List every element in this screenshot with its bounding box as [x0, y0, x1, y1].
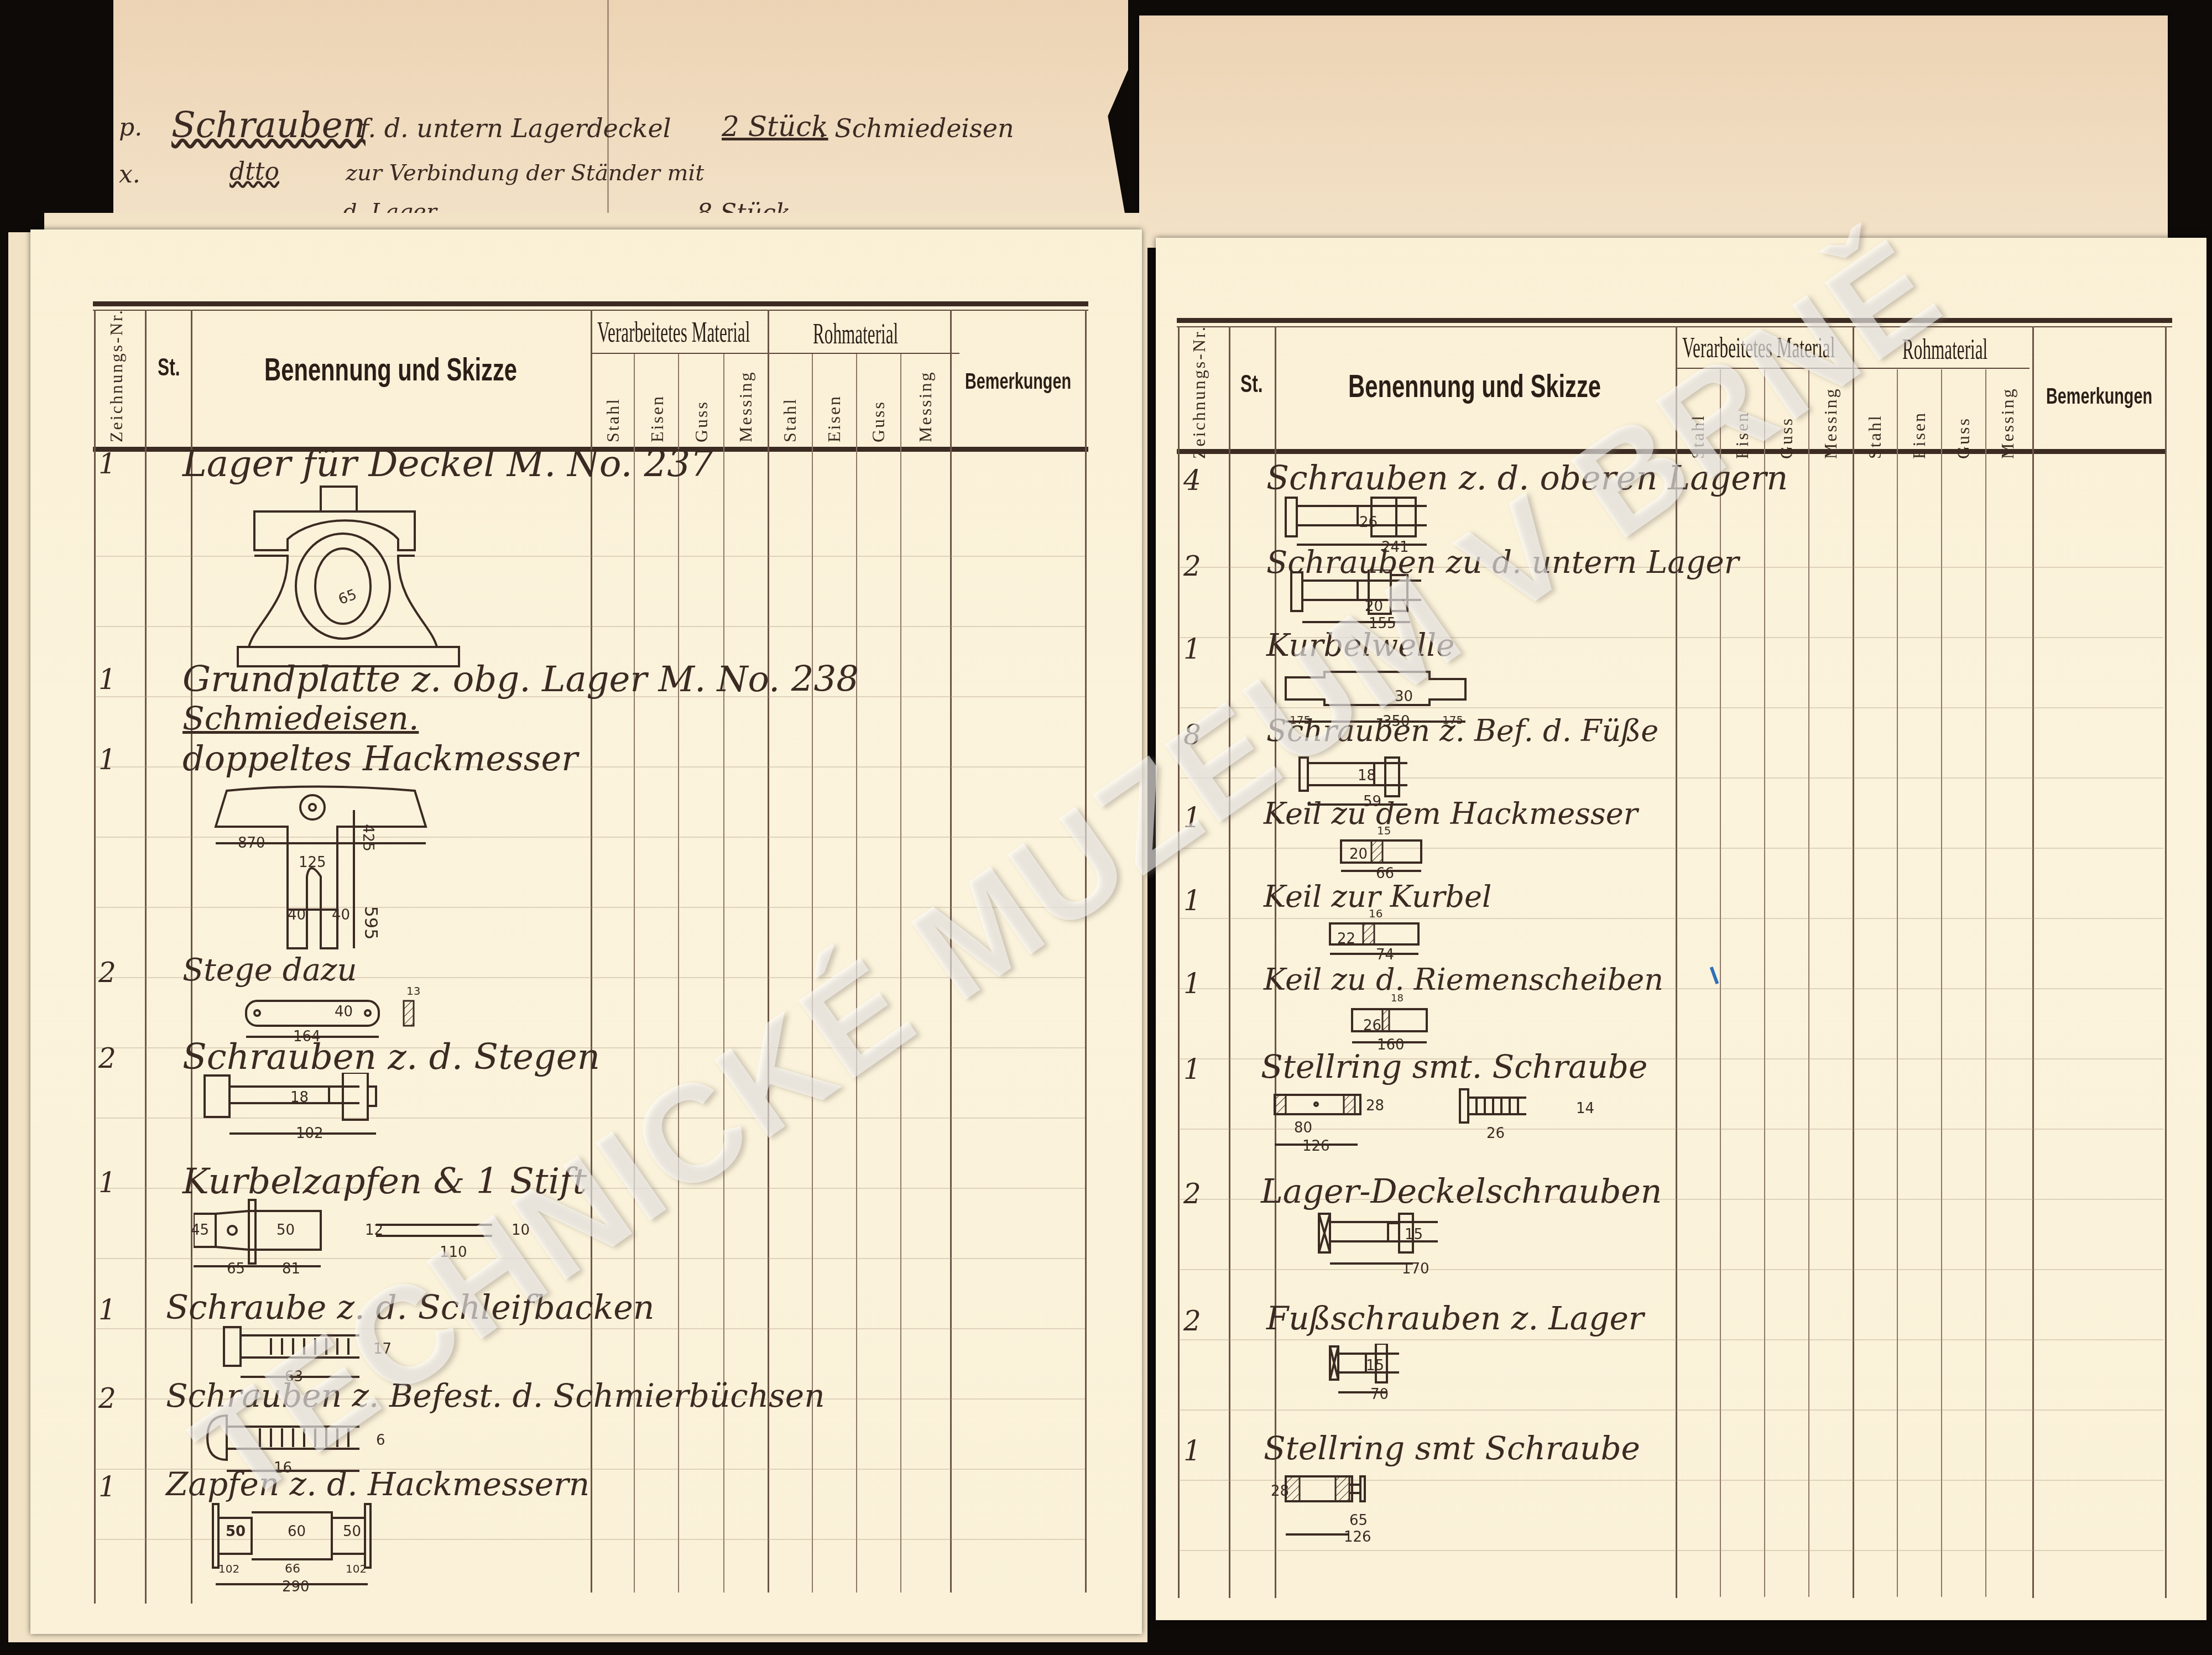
dim-label: 50: [226, 1523, 246, 1540]
right-entry-name: Fußschrauben z. Lager: [1266, 1299, 1644, 1337]
back-sheet-fold: [607, 0, 609, 221]
left-entry-name: Grundplatte z. obg. Lager M. No. 238: [182, 659, 859, 700]
right-header-top-rule: [1177, 318, 2172, 323]
left-header-qty: St.: [158, 354, 180, 382]
dim-label: 15: [1405, 1226, 1423, 1243]
right-sub-messing-2: Messing: [1997, 376, 2018, 459]
dim-label: 45: [191, 1222, 209, 1239]
left-header-drawing-no: Zeichnungs-Nr.: [106, 318, 127, 442]
cover-bolt-sketch: [1316, 1211, 1460, 1277]
right-header-drawing-no: Zeichnungs-Nr.: [1189, 335, 1209, 459]
dim-label: 40: [335, 1004, 353, 1020]
dim-label: 26: [1363, 1017, 1381, 1034]
left-header-raw: Rohmaterial: [813, 318, 898, 351]
right-entry-qty: 1: [1183, 885, 1201, 917]
dim-label: 20: [1349, 846, 1368, 863]
right-entry-qty: 1: [1183, 633, 1201, 665]
back-line2-mark: x.: [119, 160, 140, 189]
left-group-divider: [592, 353, 959, 354]
right-entry-qty: 1: [1183, 1053, 1201, 1085]
pivot-sketch: [210, 1501, 376, 1590]
dim-label: 40: [332, 907, 350, 923]
chopper-knife-sketch: [205, 777, 448, 954]
right-entry-name: Keil zu dem Hackmesser: [1264, 796, 1637, 831]
dim-label: 12: [365, 1222, 383, 1239]
right-header-name: Benennung und Skizze: [1348, 368, 1601, 405]
dim-label: 60: [288, 1523, 306, 1540]
right-col-line: [2165, 326, 2167, 1598]
left-sub-guss-1: Guss: [691, 359, 712, 442]
bearing-sketch: [232, 481, 465, 669]
dim-label: 66: [285, 1562, 300, 1576]
dim-label: 870: [238, 835, 265, 852]
dim-label: 80: [1294, 1120, 1312, 1136]
dim-label: 16: [1369, 907, 1383, 920]
dim-label: 74: [1376, 947, 1394, 963]
dim-label: 28: [1366, 1098, 1384, 1114]
dim-label: 126: [1344, 1529, 1371, 1546]
left-entry-name: Stege dazu: [182, 952, 357, 988]
left-sub-stahl-2: Stahl: [780, 359, 800, 442]
back-sheet-right: [1139, 15, 2168, 248]
dim-label: 290: [282, 1579, 310, 1595]
left-sub-eisen-2: Eisen: [824, 359, 844, 442]
dim-label: 102: [218, 1562, 239, 1575]
dim-label: 15: [1366, 1358, 1384, 1374]
left-header-top-rule: [93, 301, 1088, 306]
left-header-name: Benennung und Skizze: [264, 351, 517, 388]
right-entry-name: Stellring smt Schraube: [1264, 1429, 1640, 1467]
back-line1-item: Schrauben: [171, 105, 366, 146]
dim-label: 18: [1358, 768, 1376, 784]
dim-label: 26: [1359, 514, 1378, 531]
left-entry-note: Schmiedeisen.: [182, 699, 419, 737]
right-entry-qty: 2: [1183, 550, 1201, 582]
left-entry-qty: 1: [98, 1167, 116, 1199]
back-line2-item: dtto: [229, 158, 279, 186]
left-entry-qty: 2: [98, 1382, 116, 1414]
dim-label: 81: [282, 1261, 300, 1277]
dim-label: 65: [227, 1261, 245, 1277]
dim-label: 102: [296, 1125, 324, 1142]
right-entry-qty: 4: [1183, 464, 1201, 497]
back-line1-desc: f. d. untern Lagerdeckel: [359, 113, 671, 143]
right-header-remarks: Bemerkungen: [2046, 384, 2152, 409]
dim-label: 14: [1576, 1100, 1594, 1117]
dim-label: 13: [406, 984, 420, 998]
right-sub-guss-2: Guss: [1953, 376, 1974, 459]
right-entry-qty: 2: [1183, 1178, 1201, 1210]
dim-label: 126: [1302, 1138, 1330, 1155]
dim-label: 170: [1402, 1261, 1430, 1277]
back-line1-mark: p.: [119, 113, 142, 142]
right-header-top-thin: [1177, 326, 2172, 327]
right-entry-name: Stellring smt. Schraube: [1261, 1048, 1647, 1085]
dim-label: 70: [1370, 1386, 1389, 1403]
left-sub-stahl-1: Stahl: [603, 359, 623, 442]
dim-label: 15: [1377, 824, 1391, 837]
dim-label: 125: [299, 854, 326, 871]
left-entry-qty: 1: [98, 1471, 116, 1503]
right-entry-name: Lager-Deckelschrauben: [1261, 1172, 1662, 1211]
dim-label: 22: [1337, 931, 1355, 947]
left-entry-name: Lager für Deckel M. No. 237: [182, 442, 713, 485]
left-sub-messing-1: Messing: [735, 359, 756, 442]
dim-label: 18: [290, 1089, 309, 1106]
right-entry-qty: 1: [1183, 1435, 1201, 1467]
dim-label: 50: [276, 1222, 295, 1239]
dim-label: 40: [288, 907, 306, 923]
left-entry-qty: 2: [98, 957, 116, 989]
left-sub-eisen-1: Eisen: [647, 359, 667, 442]
dim-label: 26: [1486, 1125, 1505, 1142]
right-entry-qty: 2: [1183, 1305, 1201, 1337]
dim-label: 50: [343, 1523, 361, 1540]
left-sub-messing-2: Messing: [915, 359, 936, 442]
left-entry-name: doppeltes Hackmesser: [182, 738, 578, 779]
left-entry-name: Schrauben z. d. Stegen: [182, 1037, 600, 1078]
left-entry-qty: 1: [98, 744, 116, 776]
right-header-qty: St.: [1240, 370, 1262, 398]
left-entry-qty: 1: [98, 448, 116, 480]
right-entry-name: Keil zu d. Riemenscheiben: [1264, 962, 1663, 997]
left-entry-qty: 1: [98, 1294, 116, 1326]
left-header-processed: Verarbeitetes Material: [597, 316, 750, 349]
dim-label: 65: [1349, 1512, 1368, 1529]
dim-label: 425: [359, 824, 376, 852]
back-line1-qty: 2 Stück: [722, 111, 828, 143]
left-sub-guss-2: Guss: [868, 359, 889, 442]
dim-label: 595: [361, 906, 382, 939]
right-sub-eisen-2: Eisen: [1909, 376, 1929, 459]
right-entry-qty: 1: [1183, 968, 1201, 1000]
left-header-remarks: Bemerkungen: [965, 369, 1071, 394]
back-line1-material: . Schmiedeisen: [818, 113, 1014, 143]
dim-label: 102: [346, 1562, 367, 1575]
dim-label: 18: [1391, 993, 1404, 1004]
back-line2-desc: zur Verbindung der Ständer mit: [346, 160, 704, 186]
left-entry-qty: 2: [98, 1042, 116, 1074]
left-entry-qty: 1: [98, 664, 116, 696]
dim-label: 28: [1271, 1483, 1289, 1500]
